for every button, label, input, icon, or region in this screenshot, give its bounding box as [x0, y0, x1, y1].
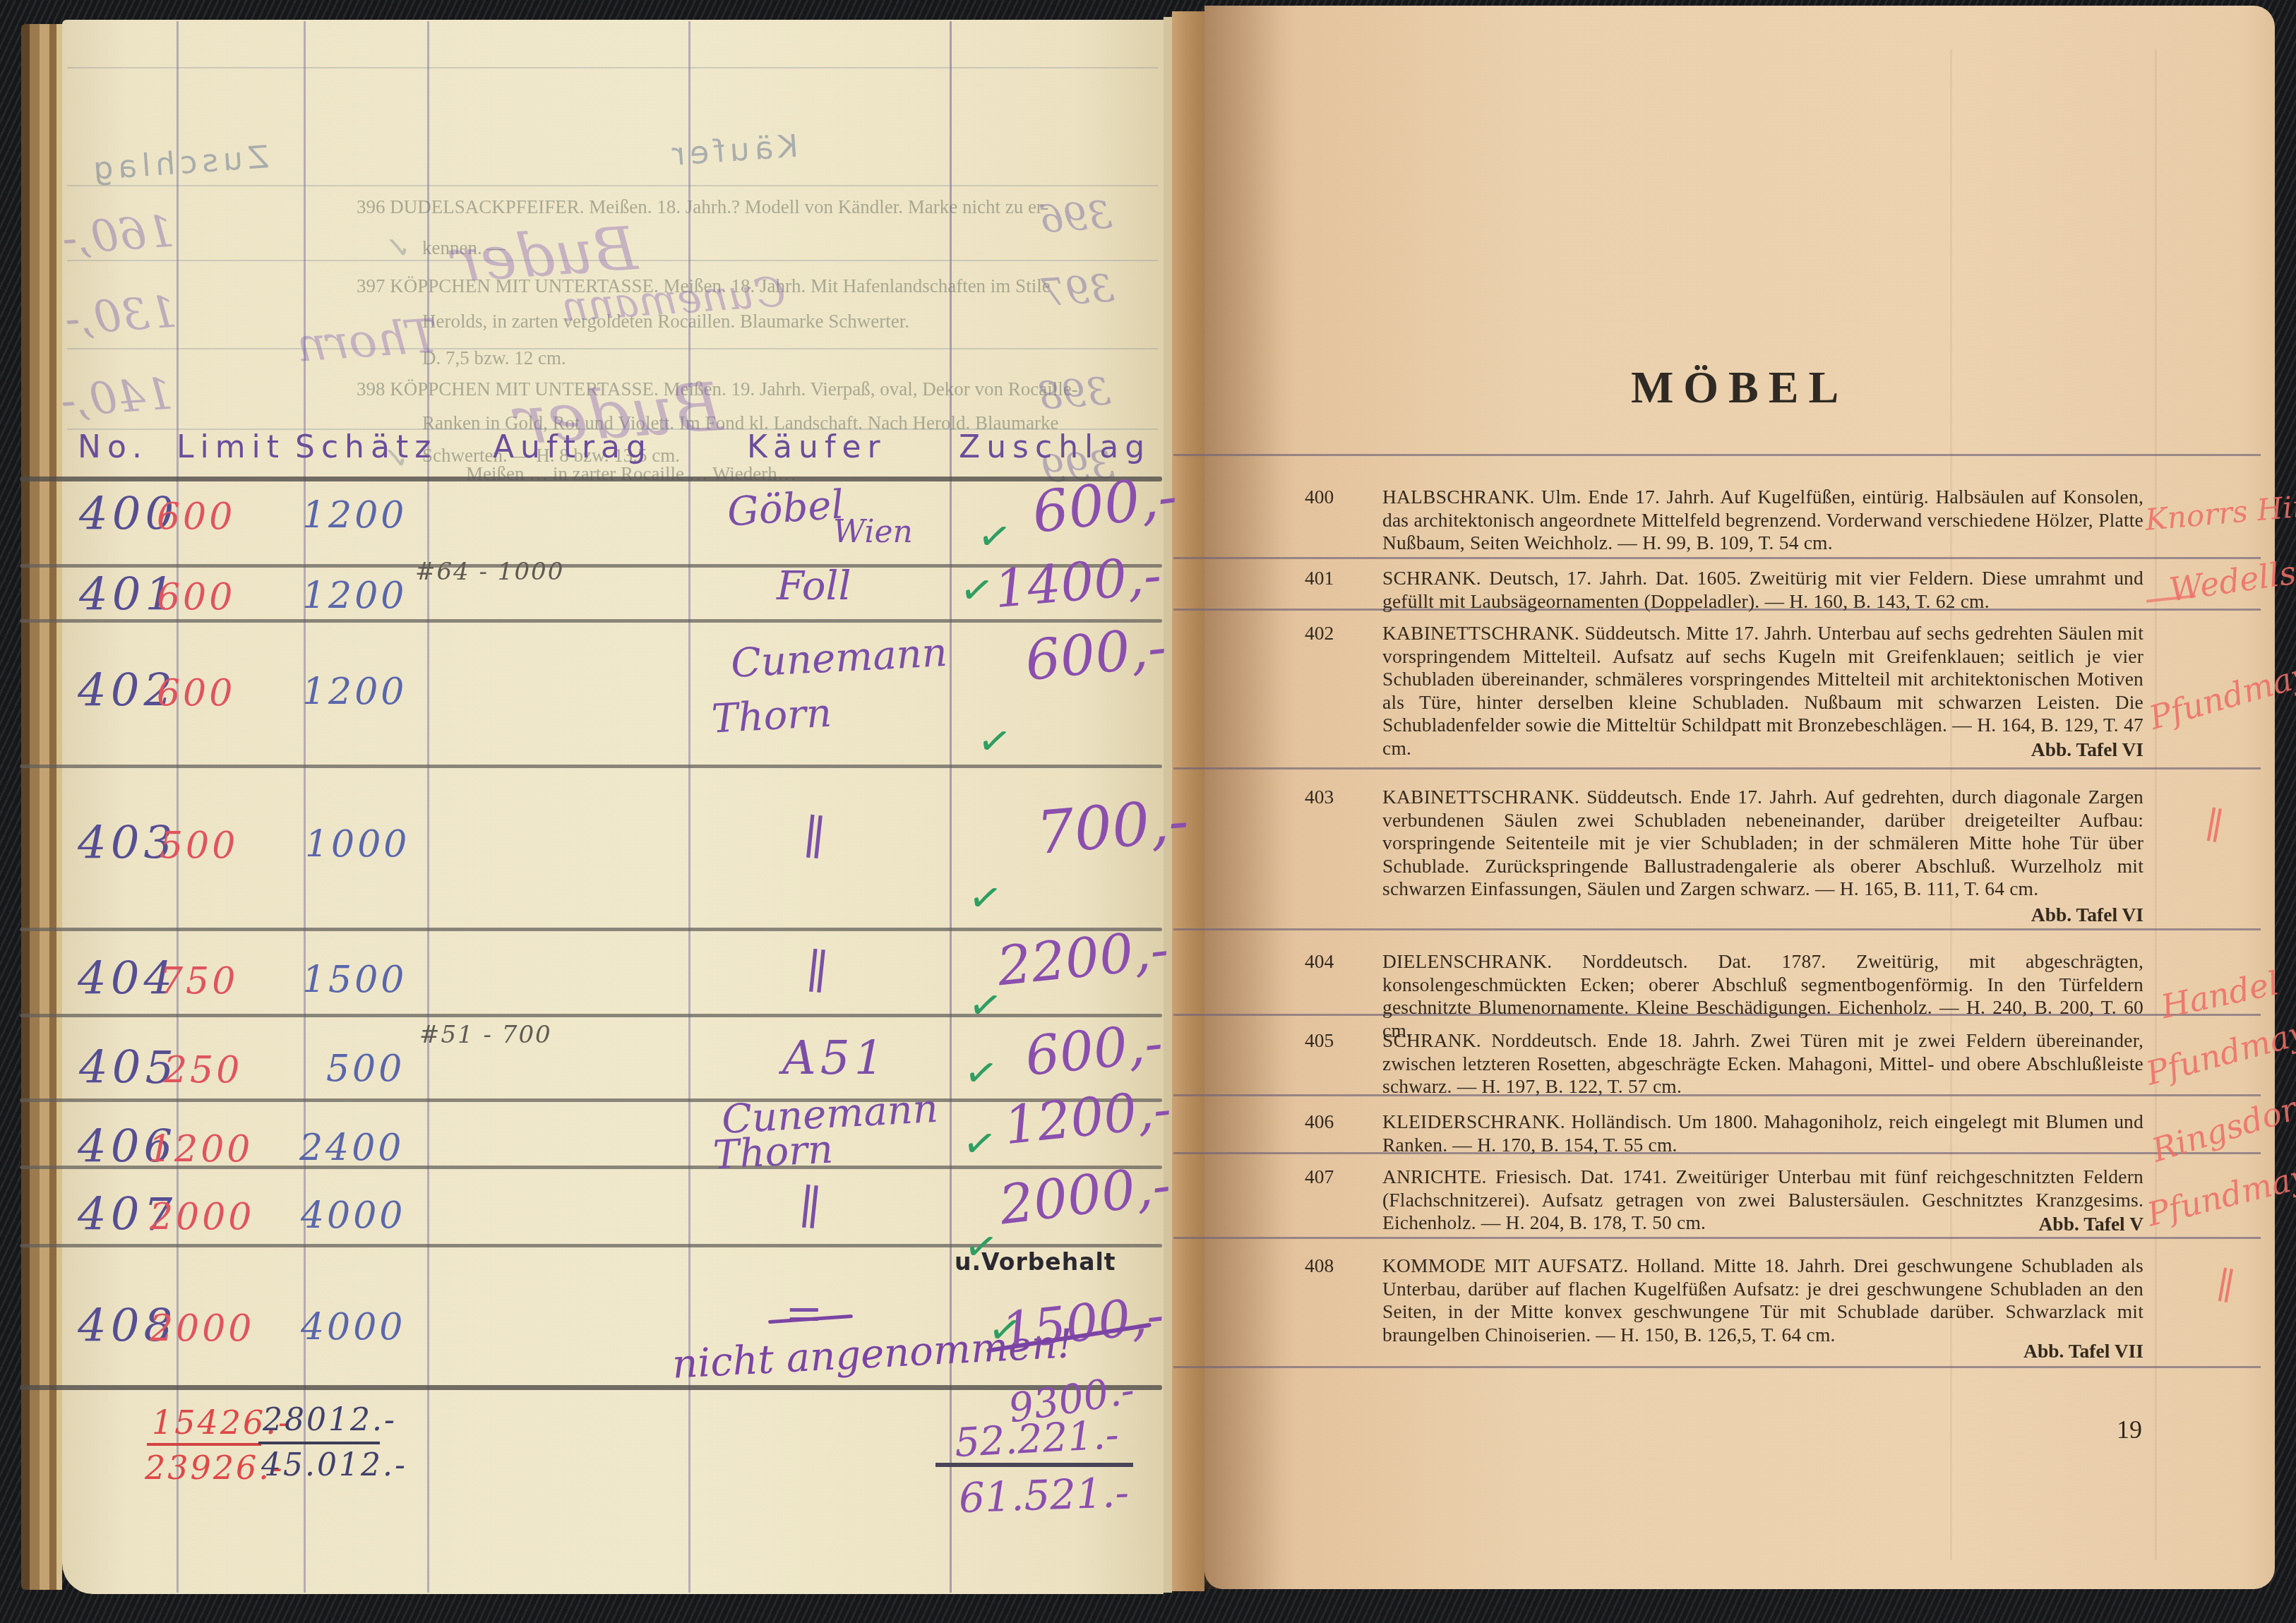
bleedthrough-lot-number: 397	[1040, 265, 1116, 315]
auction-catalog-spread: Zuschlag Käufer 160,- 130,- 140,- 396 DU…	[0, 0, 2296, 1623]
entry-separator	[1173, 454, 2261, 456]
limit-value: 600	[157, 576, 235, 618]
row-rule	[20, 477, 1162, 481]
limit-value: 750	[160, 960, 238, 1002]
plate-reference: Abb. Tafel VII	[1836, 1340, 2143, 1363]
buyer-city: Thorn	[712, 1127, 834, 1179]
entry-separator	[1173, 1237, 2261, 1239]
catalog-entry-number: 405	[1305, 1029, 1334, 1052]
catalog-entry-number: 400	[1305, 486, 1334, 508]
catalog-entry-text: KOMMODE MIT AUFSATZ. Holland. Mitte 18. …	[1382, 1254, 2143, 1346]
catalog-entry-text: KABINETTSCHRANK. Süddeutsch. Ende 17. Ja…	[1382, 786, 2143, 901]
plate-reference: Abb. Tafel VI	[1836, 904, 2143, 926]
showthrough-print-line: 396 DUDELSACKPFEIFER. Meißen. 18. Jahrh.…	[357, 196, 1048, 218]
catalog-entry-number: 401	[1305, 567, 1334, 589]
bleedthrough-lot-number: 398	[1036, 369, 1112, 418]
limit-value: 600	[157, 672, 235, 714]
buyer-city: Wien	[833, 514, 913, 550]
header-auftrag: Auftrag	[493, 429, 652, 465]
entry-separator	[1173, 767, 2261, 769]
header-limit: Limit	[177, 429, 285, 465]
header-zuschlag: Zuschlag	[959, 429, 1151, 465]
entry-separator	[1173, 557, 2261, 559]
buyer-name: Göbel	[726, 481, 845, 535]
limit-value: 250	[164, 1049, 242, 1091]
entry-separator	[1173, 928, 2261, 930]
estimate-value: 1500	[302, 959, 407, 1001]
catalog-entry-number: 408	[1305, 1254, 1334, 1277]
row-rule	[20, 1385, 1162, 1390]
estimate-value: 500	[326, 1048, 405, 1090]
row-rule	[20, 1098, 1162, 1102]
bleedthrough-check-icon: ✓	[383, 229, 412, 267]
catalog-entry-number: 404	[1305, 950, 1334, 973]
hammer-price: 700,-	[1034, 786, 1191, 868]
header-kaeufer: Käufer	[747, 429, 887, 465]
page-edge-strip	[49, 24, 56, 1590]
estimate-value: 1000	[305, 823, 409, 866]
hammer-grand-total: 61.521.-	[958, 1468, 1130, 1522]
ghost-rule	[67, 348, 1158, 349]
catalog-entry-text: HALBSCHRANK. Ulm. Ende 17. Jahrh. Auf Ku…	[1382, 486, 2143, 555]
buyer-city: Thorn	[710, 690, 832, 743]
bleedthrough-amount: 130,-	[64, 286, 179, 345]
estimate-value: 4000	[301, 1194, 405, 1237]
catalog-entry-number: 402	[1305, 622, 1334, 645]
page-edge-strip	[56, 24, 62, 1590]
catalog-entry-number: 403	[1305, 786, 1334, 808]
row-rule	[20, 928, 1162, 931]
hammer-subtotal: 52.221.-	[953, 1412, 1120, 1466]
sum-rule	[147, 1443, 261, 1446]
row-rule	[20, 564, 1162, 568]
sum-rule	[258, 1442, 380, 1444]
bleedthrough-lot-number: 396	[1038, 192, 1113, 241]
limit-value: 1200	[148, 1128, 253, 1170]
plate-reference: Abb. Tafel V	[1836, 1213, 2143, 1235]
buyer-ditto-mark: =	[785, 1288, 823, 1340]
catalog-entry-text: KLEIDERSCHRANK. Holländisch. Um 1800. Ma…	[1382, 1110, 2143, 1156]
sum-rule	[935, 1463, 1133, 1467]
catalog-entry-number: 407	[1305, 1166, 1334, 1188]
page-edge-strip	[21, 24, 30, 1590]
estimate-value: 2400	[299, 1127, 404, 1169]
gutter-shadow	[1204, 6, 1296, 1589]
bleedthrough-name: Thorn	[295, 309, 440, 373]
entry-separator	[1173, 1366, 2261, 1368]
header-schaetz: Schätz	[295, 429, 437, 465]
catalog-entry-number: 406	[1305, 1110, 1334, 1133]
estimate-value: 1200	[302, 671, 407, 713]
limit-value: 600	[157, 496, 235, 538]
bleedthrough-amount: 140,-	[59, 368, 175, 427]
estimate-value: 4000	[301, 1306, 405, 1348]
estimate-value: 1200	[302, 494, 407, 537]
showthrough-print-line: Meißen … in zarter Rocaille … Wiederh…	[466, 463, 796, 485]
page-edge-strip	[30, 24, 40, 1590]
row-rule	[20, 619, 1162, 623]
section-title: MÖBEL	[1204, 361, 2275, 414]
buyer-name: Foll	[777, 563, 851, 609]
estimate-subtotal: 28012.-	[263, 1402, 397, 1438]
page-edge-strip	[40, 24, 49, 1590]
ghost-rule	[67, 260, 1158, 261]
buyer-code: A51	[782, 1031, 888, 1085]
catalog-entry-text: SCHRANK. Norddeutsch. Ende 18. Jahrh. Zw…	[1382, 1029, 2143, 1098]
showthrough-print-line: D. 7,5 bzw. 12 cm.	[422, 347, 566, 369]
estimate-total: 45.012.-	[261, 1447, 407, 1483]
bleedthrough-amount: 160,-	[61, 205, 177, 265]
ghost-rule	[67, 67, 1158, 68]
commission-note: #64 - 1000	[415, 558, 564, 586]
catalog-entry-text: DIELENSCHRANK. Norddeutsch. Dat. 1787. Z…	[1382, 950, 2143, 1042]
ghost-rule	[67, 185, 1158, 186]
limit-value: 2000	[150, 1307, 254, 1350]
plate-reference: Abb. Tafel VI	[1836, 738, 2143, 761]
reservation-note: u.Vorbehalt	[955, 1248, 1116, 1276]
row-rule	[20, 765, 1162, 768]
limit-value: 2000	[150, 1196, 254, 1238]
page-number: 19	[2117, 1415, 2142, 1444]
estimate-value: 1200	[302, 575, 407, 617]
header-no: No.	[78, 429, 148, 465]
limit-value: 500	[160, 825, 238, 867]
catalog-entry-text: SCHRANK. Deutsch, 17. Jahrh. Dat. 1605. …	[1382, 567, 2143, 613]
commission-note: #51 - 700	[419, 1021, 552, 1049]
